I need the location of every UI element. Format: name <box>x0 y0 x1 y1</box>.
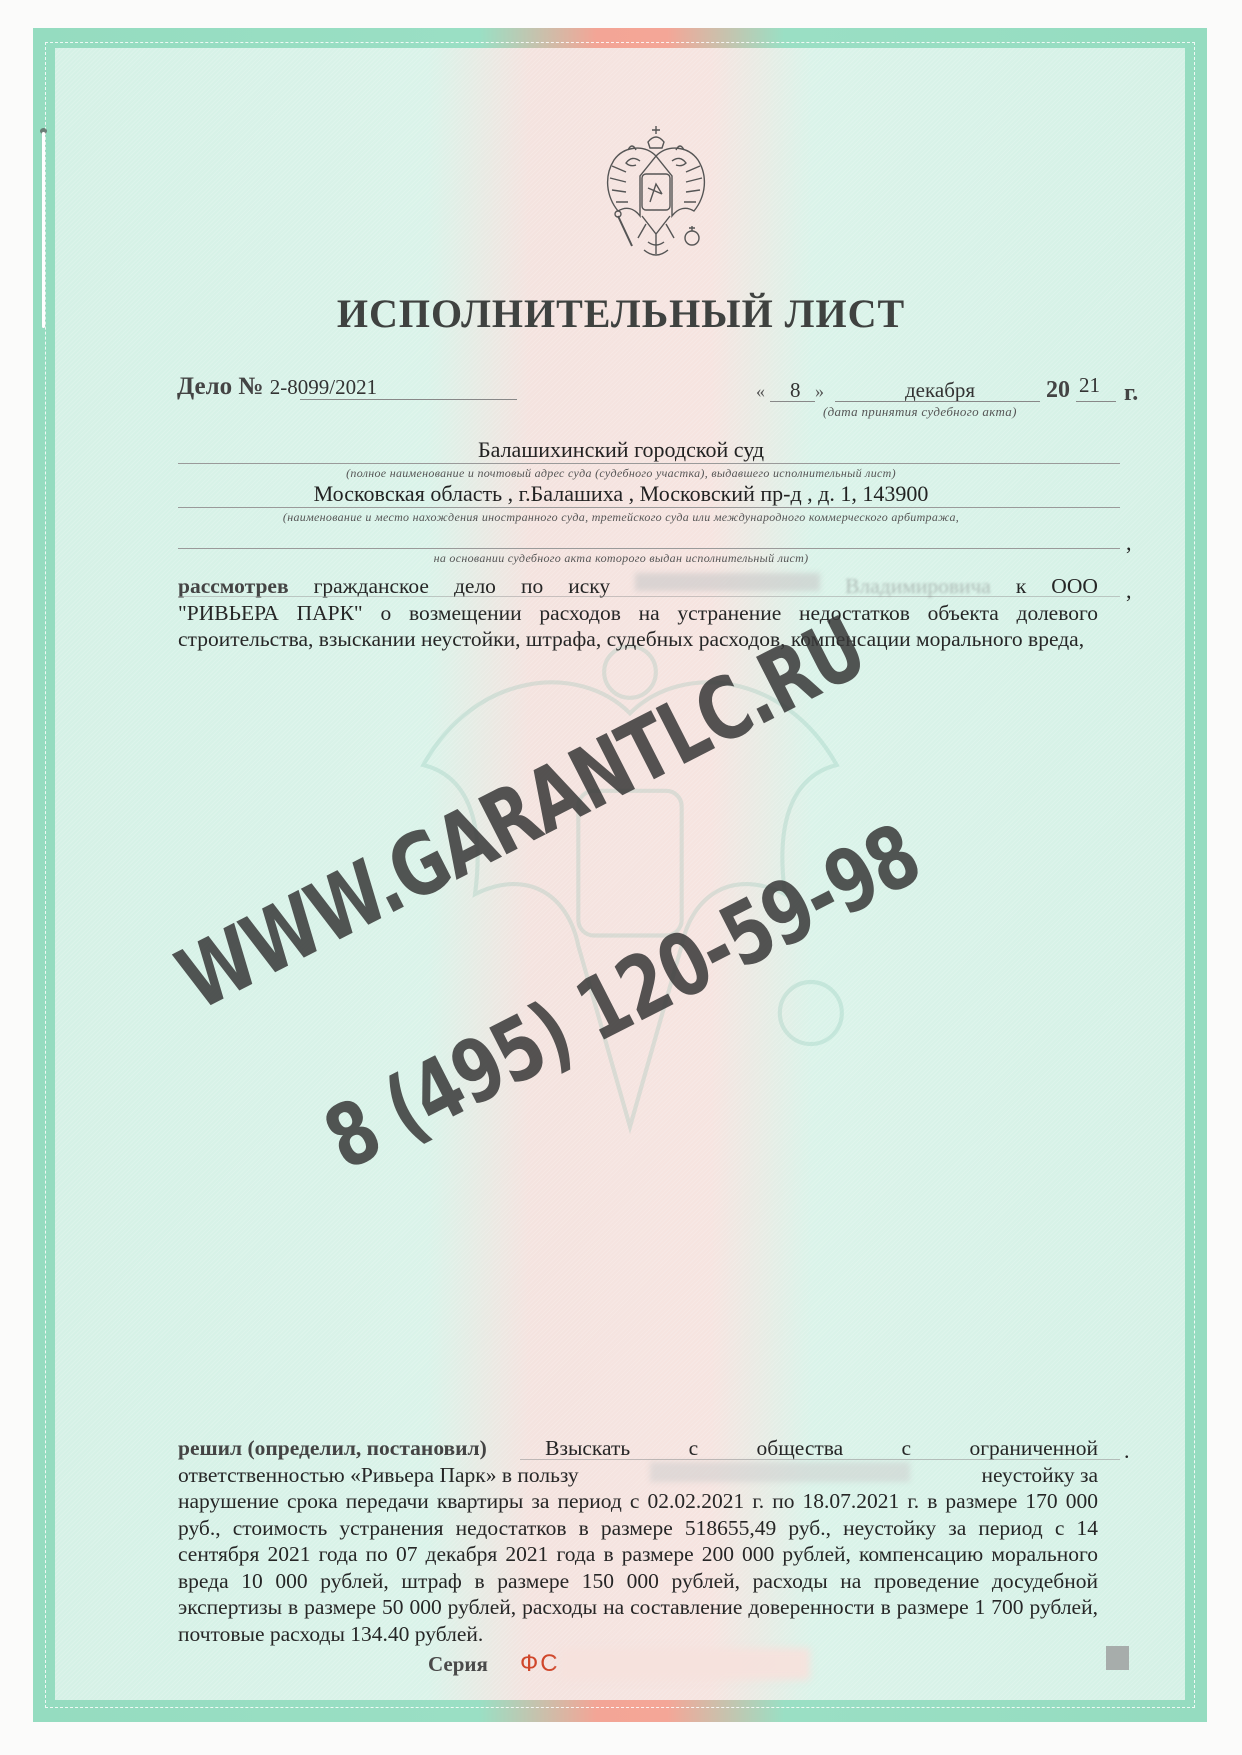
act-underline <box>178 548 1120 549</box>
case-number-row: Дело № 2-8099/2021 <box>177 373 377 401</box>
date-day: 8 <box>790 378 801 403</box>
court-name-caption: (полное наименование и почтовый адрес су… <box>0 466 1242 481</box>
word: с <box>689 1435 699 1462</box>
case-label: Дело № <box>177 373 264 400</box>
beneficiary-redacted <box>650 1462 910 1482</box>
word: ограниченной <box>969 1435 1098 1462</box>
word: с <box>902 1435 912 1462</box>
date-year-label: г. <box>1124 380 1138 407</box>
decision-underline <box>520 1459 1120 1460</box>
considered-comma: , <box>1126 578 1132 604</box>
date-caption: (дата принятия судебного акта) <box>823 404 1017 420</box>
date-year-prefix: 20 <box>1046 377 1070 404</box>
word: Взыскать <box>545 1435 630 1462</box>
word: общества <box>757 1435 844 1462</box>
coat-of-arms-icon <box>596 116 716 276</box>
decision-paragraph: решил (определил, постановил) Взыскать с… <box>178 1435 1098 1647</box>
considered-text: "РИВЬЕРА ПАРК" о возмещении расходов на … <box>178 600 1098 653</box>
document-title: ИСПОЛНИТЕЛЬНЫЙ ЛИСТ <box>0 290 1242 337</box>
considered-underline <box>178 596 1120 597</box>
act-caption: на основании судебного акта которого выд… <box>0 551 1242 566</box>
plaintiff-redacted <box>635 573 820 591</box>
decision-period: . <box>1124 1438 1130 1464</box>
date-month-underline <box>835 401 1040 402</box>
decision-line-1: решил (определил, постановил) Взыскать с… <box>178 1435 1098 1462</box>
court-address-underline <box>178 507 1120 508</box>
series-number-redacted <box>560 1648 810 1680</box>
decision-label: решил (определил, постановил) <box>178 1435 487 1462</box>
date-open-quote: « <box>756 381 765 402</box>
date-month: декабря <box>905 378 975 403</box>
decision-line-2-start: ответственностью «Ривьера Парк» в пользу <box>178 1462 579 1489</box>
decision-line-2: ответственностью «Ривьера Парк» в пользу… <box>178 1462 1098 1489</box>
date-close-quote: » <box>815 381 824 402</box>
date-year-suffix: 21 <box>1079 373 1100 398</box>
considered-paragraph: рассмотрев гражданское дело по иску Влад… <box>178 573 1098 653</box>
date-year-underline <box>1076 401 1116 402</box>
decision-line-2-end: неустойку за <box>982 1462 1098 1489</box>
court-name: Балашихинский городской суд <box>0 437 1242 463</box>
date-day-underline <box>770 401 815 402</box>
case-number-underline <box>300 399 517 400</box>
foreign-court-caption: (наименование и место нахождения иностра… <box>0 510 1242 525</box>
court-name-underline <box>178 463 1120 464</box>
series-code: ФС <box>520 1650 560 1678</box>
case-number: 2-8099/2021 <box>270 375 377 399</box>
court-address: Московская область , г.Балашиха , Москов… <box>0 481 1242 507</box>
corner-square-mark <box>1106 1646 1129 1670</box>
series-label: Серия <box>428 1652 488 1677</box>
decision-text: нарушение срока передачи квартиры за пер… <box>178 1488 1098 1647</box>
